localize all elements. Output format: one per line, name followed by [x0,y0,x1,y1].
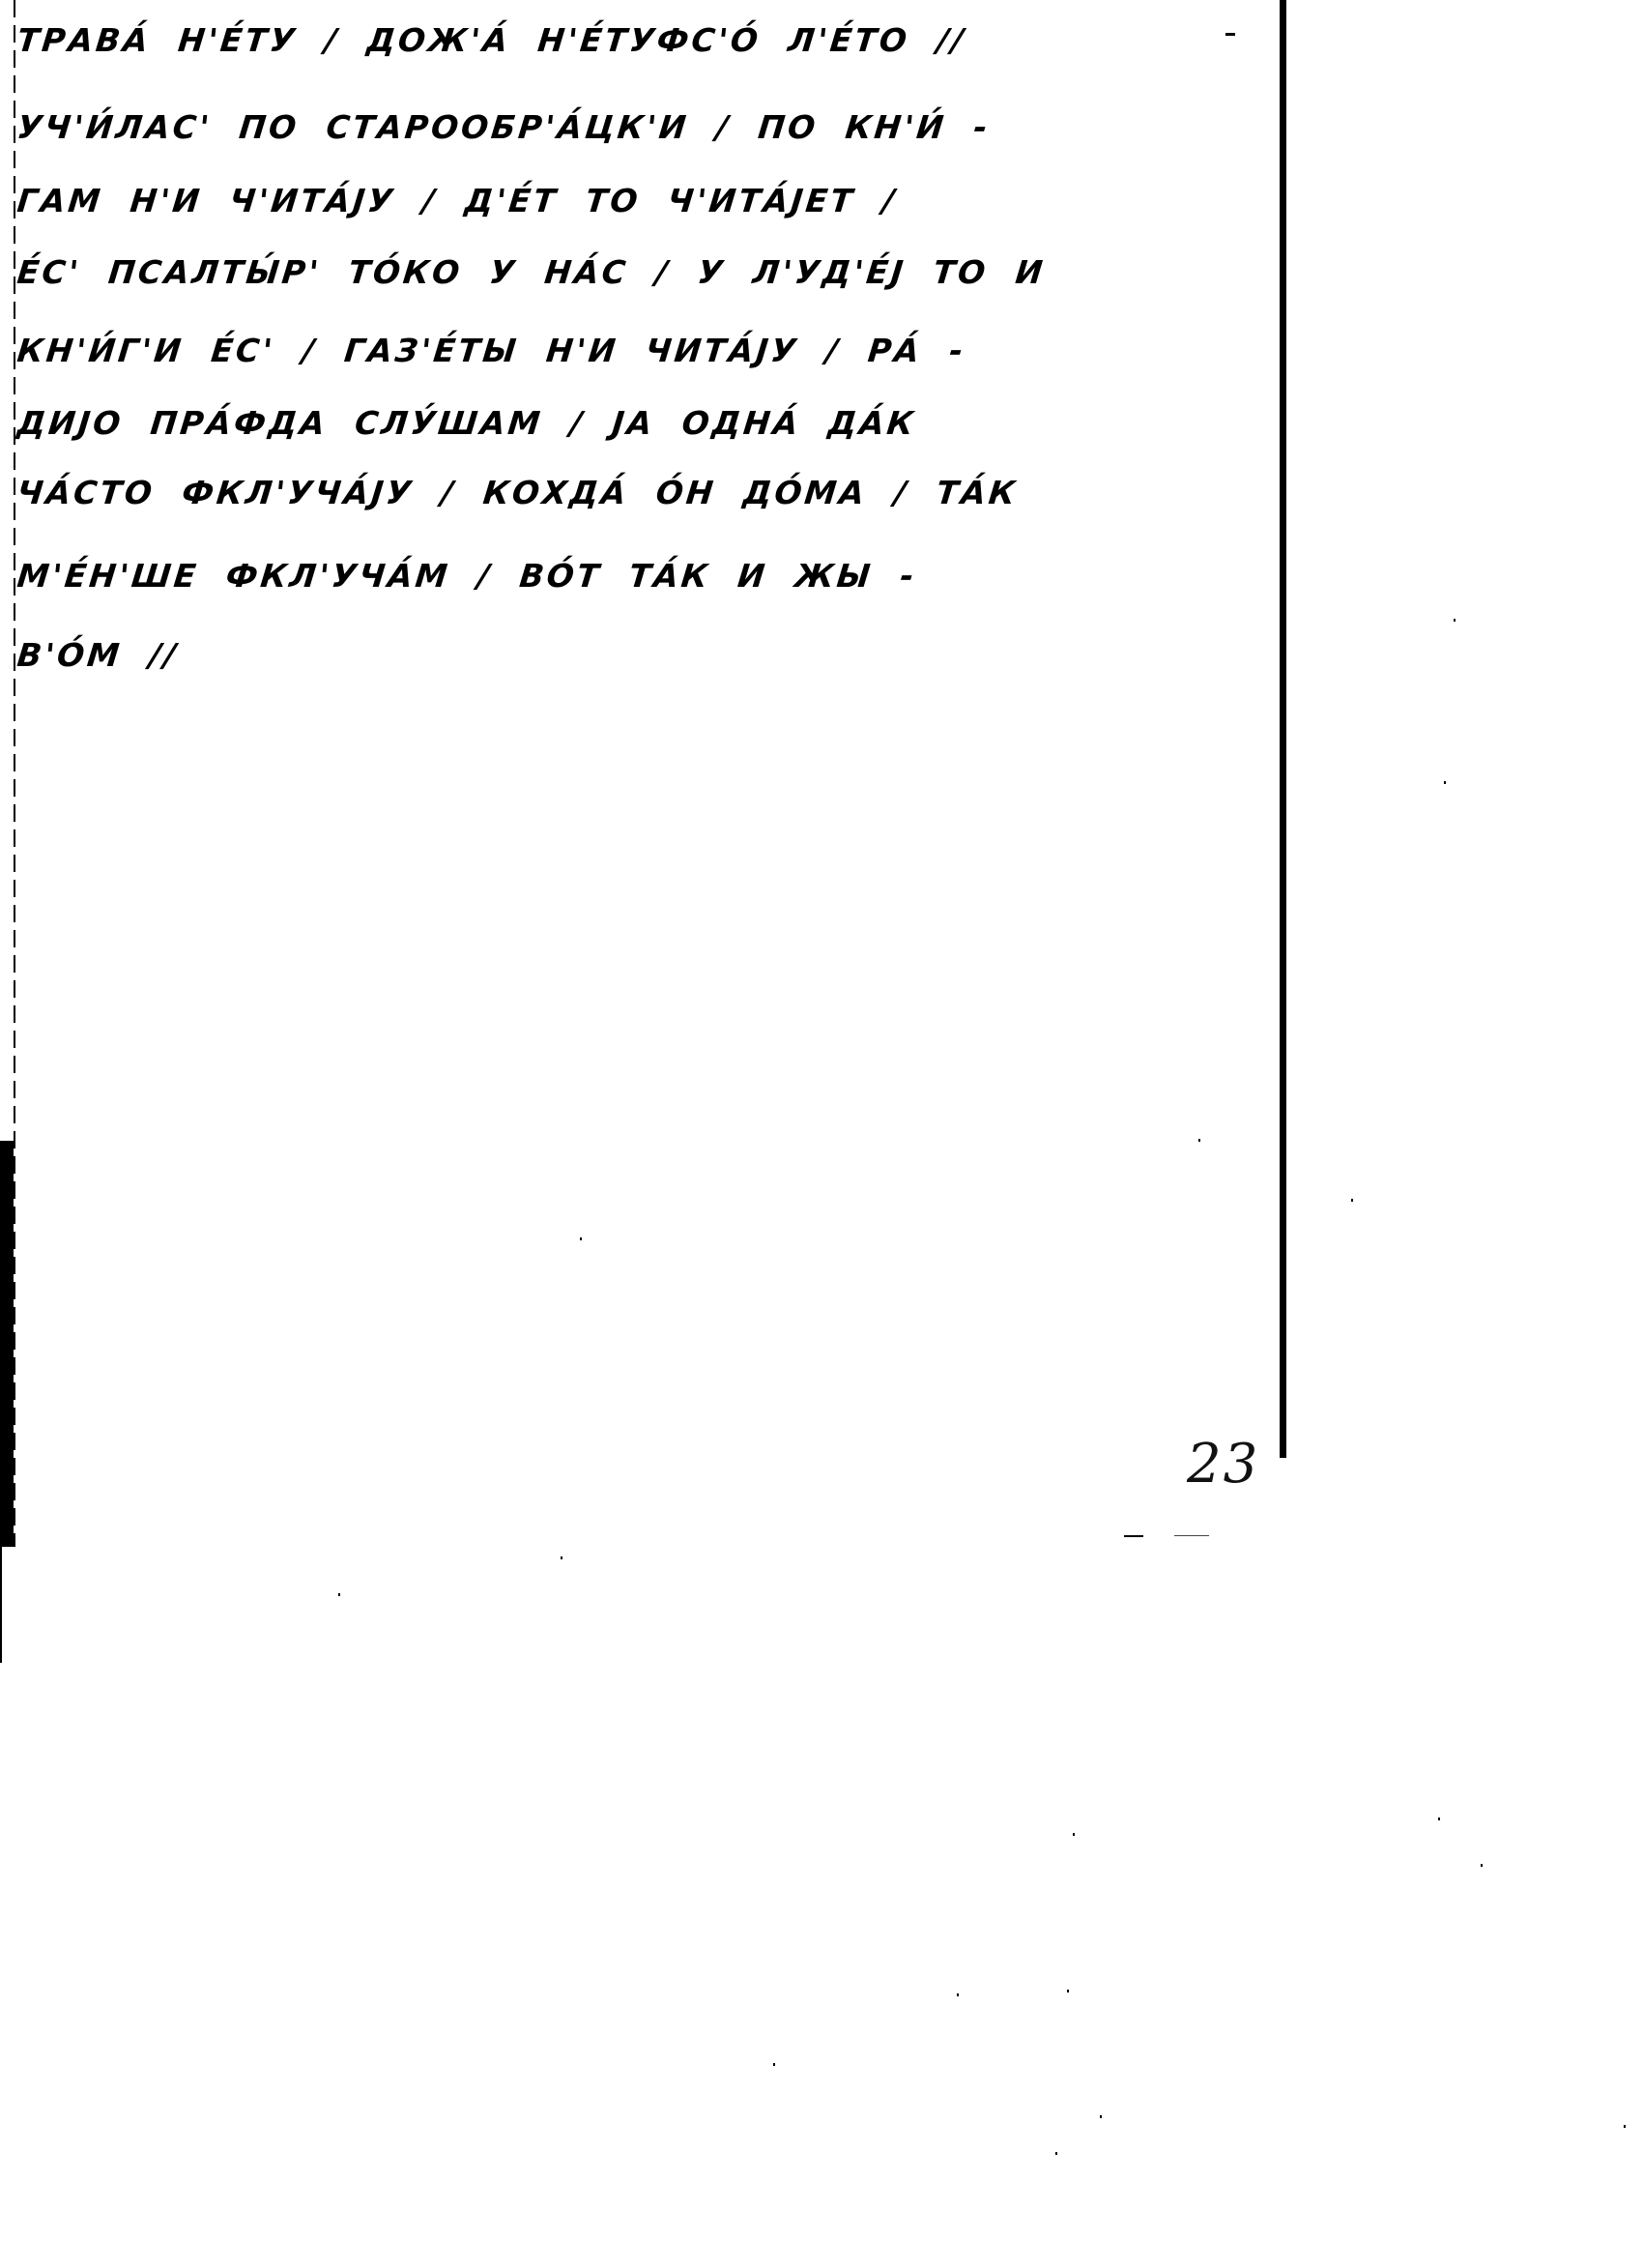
text-line-6: ДИЈО ПРА́ФДА СЛУ́ШАМ / ЈА ОДНА́ ДА́К [15,404,918,442]
scan-speck [1454,619,1456,622]
text-line-5: КН'И́Г'И Е́С' / ГАЗ'Е́ТЫ Н'И ЧИТА́ЈУ / Р… [15,332,967,369]
text-line-7: ЧА́СТО ФКЛ'УЧА́ЈУ / КОХДА́ О́Н ДО́МА / Т… [15,474,1020,511]
scan-mark [1124,1535,1143,1537]
page-number: 23 [1187,1433,1259,1496]
scan-mark [1174,1535,1209,1536]
text-line-3: ГАМ Н'И Ч'ИТА́ЈУ / Д'Е́Т ТО Ч'ИТА́ЈЕТ / [15,182,899,219]
left-edge-line [0,1547,2,1663]
text-line-8: М'Е́Н'ШЕ ФКЛ'УЧА́М / ВО́Т ТА́К И ЖЫ - [15,557,918,595]
text-line-4: Е́С' ПСАЛТЫ́Р' ТО́КО У НА́С / У Л'УД'Е́Ј… [15,253,1048,291]
scan-speck [1438,1817,1440,1820]
scanned-page: ТРАВА́ Н'Е́ТУ / ДОЖ'А́ Н'Е́ТУФС'О́ Л'Е́Т… [0,0,1643,2268]
scan-speck [1624,2125,1626,2128]
text-line-1: ТРАВА́ Н'Е́ТУ / ДОЖ'А́ Н'Е́ТУФС'О́ Л'Е́Т… [15,21,968,59]
scan-speck [1055,2152,1057,2155]
binding-shadow [0,1141,14,1547]
scan-speck [1444,781,1446,784]
scan-speck [957,1993,959,1996]
scan-speck [1073,1833,1075,1836]
scan-speck [773,2063,775,2066]
text-line-9: В'О́М // [15,636,181,674]
scan-speck [338,1593,340,1596]
scan-speck [561,1556,562,1559]
scan-speck [1351,1199,1353,1202]
scan-speck [1198,1139,1200,1142]
scan-speck [1481,1864,1483,1867]
scan-speck [1100,2115,1102,2118]
right-margin-rule [1280,0,1286,1458]
scan-mark [1225,33,1235,36]
scan-speck [1067,1990,1069,1992]
scan-speck [580,1237,582,1240]
left-margin-rule [14,0,15,1547]
text-line-2: УЧ'И́ЛАС' ПО СТАРООБР'А́ЦК'И / ПО КН'И́ … [15,108,992,146]
